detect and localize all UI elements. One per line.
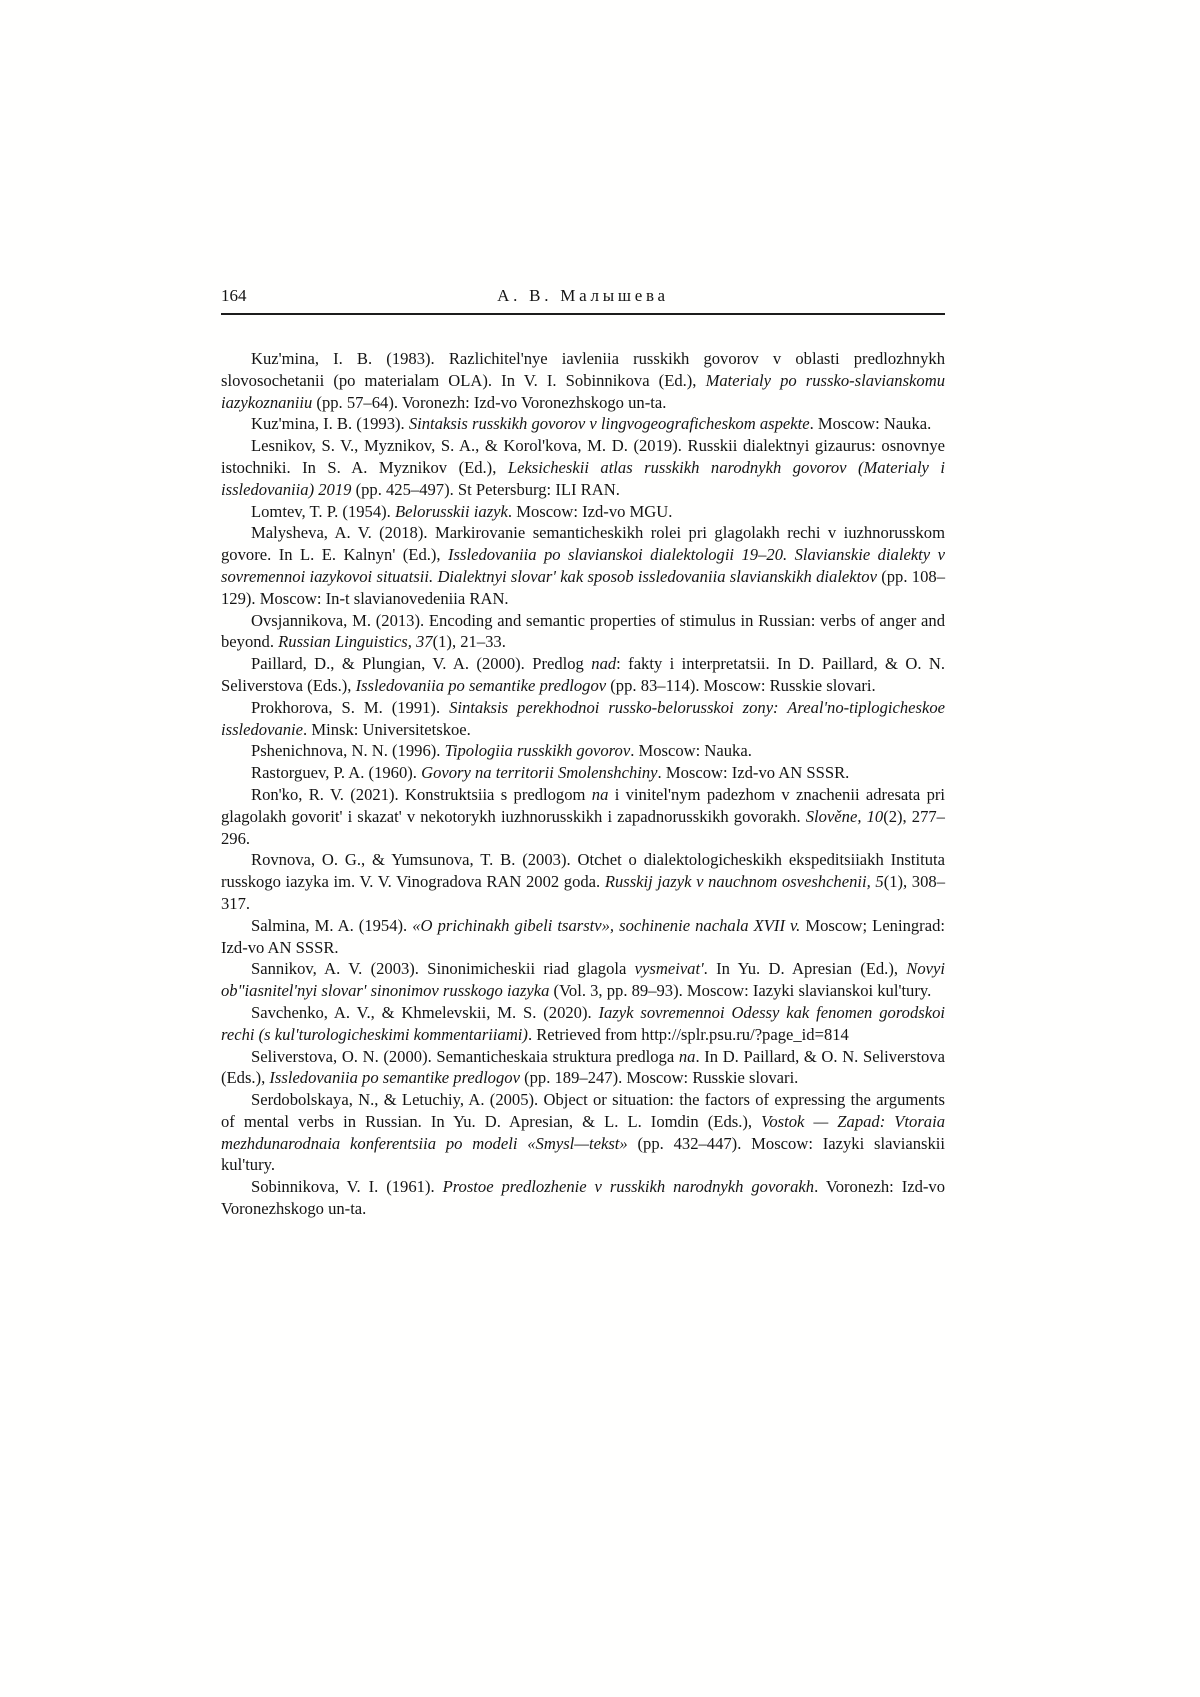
reference-entry: Rastorguev, P. A. (1960). Govory na terr… xyxy=(221,762,945,784)
reference-text-segment: Lomtev, T. P. (1954). xyxy=(251,502,395,521)
reference-entry: Savchenko, A. V., & Khmelevskii, M. S. (… xyxy=(221,1002,945,1046)
reference-text-segment: Paillard, D., & Plungian, V. A. (2000). … xyxy=(251,654,591,673)
reference-entry: Rovnova, O. G., & Yumsunova, T. B. (2003… xyxy=(221,849,945,914)
reference-italic-segment: Issledovaniia po semantike predlogov xyxy=(269,1068,520,1087)
reference-entry: Salmina, M. A. (1954). «O prichinakh gib… xyxy=(221,915,945,959)
reference-entry: Sannikov, A. V. (2003). Sinonimicheskii … xyxy=(221,958,945,1002)
reference-italic-segment: Issledovaniia po semantike predlogov xyxy=(356,676,607,695)
reference-text-segment: . Retrieved from http://splr.psu.ru/?pag… xyxy=(528,1025,849,1044)
reference-text-segment: (pp. 57–64). Voronezh: Izd-vo Voronezhsk… xyxy=(312,393,666,412)
reference-entry: Paillard, D., & Plungian, V. A. (2000). … xyxy=(221,653,945,697)
reference-text-segment: (1), 21–33. xyxy=(433,632,506,651)
reference-text-segment: . Minsk: Universitetskoe. xyxy=(303,720,471,739)
reference-entry: Ovsjannikova, M. (2013). Encoding and se… xyxy=(221,610,945,654)
paper-page: 164 А. В. Малышева Kuz'mina, I. B. (1983… xyxy=(0,0,1200,1697)
reference-entry: Kuz'mina, I. B. (1983). Razlichitel'nye … xyxy=(221,348,945,413)
page-number: 164 xyxy=(221,286,247,306)
page-content: 164 А. В. Малышева Kuz'mina, I. B. (1983… xyxy=(221,286,945,1220)
reference-italic-segment: Sintaksis russkikh govorov v lingvogeogr… xyxy=(409,414,810,433)
reference-text-segment: (pp. 189–247). Moscow: Russkie slovari. xyxy=(520,1068,798,1087)
reference-text-segment: Prokhorova, S. M. (1991). xyxy=(251,698,449,717)
reference-italic-segment: vysmeivat' xyxy=(635,959,704,978)
reference-text-segment: . Moscow: Nauka. xyxy=(630,741,752,760)
reference-italic-segment: na xyxy=(592,785,609,804)
reference-entry: Ron'ko, R. V. (2021). Konstruktsiia s pr… xyxy=(221,784,945,849)
reference-italic-segment: Tipologiia russkikh govorov xyxy=(445,741,631,760)
reference-entry: Kuz'mina, I. B. (1993). Sintaksis russki… xyxy=(221,413,945,435)
reference-text-segment: Kuz'mina, I. B. (1993). xyxy=(251,414,409,433)
references-list: Kuz'mina, I. B. (1983). Razlichitel'nye … xyxy=(221,348,945,1220)
running-title: А. В. Малышева xyxy=(221,286,945,306)
reference-text-segment: (Vol. 3, pp. 89–93). Moscow: Iazyki slav… xyxy=(549,981,931,1000)
reference-text-segment: (pp. 83–114). Moscow: Russkie slovari. xyxy=(606,676,875,695)
reference-text-segment: . Moscow: Nauka. xyxy=(810,414,932,433)
reference-italic-segment: na xyxy=(679,1047,696,1066)
reference-italic-segment: Russkij jazyk v nauchnom osveshchenii, 5 xyxy=(605,872,884,891)
reference-italic-segment: Slověne, 10 xyxy=(806,807,883,826)
reference-italic-segment: «O prichinakh gibeli tsarstv», sochineni… xyxy=(412,916,800,935)
reference-text-segment: Ron'ko, R. V. (2021). Konstruktsiia s pr… xyxy=(251,785,592,804)
reference-italic-segment: Prostoe predlozhenie v russkikh narodnyk… xyxy=(443,1177,815,1196)
reference-italic-segment: Belorusskii iazyk xyxy=(395,502,508,521)
reference-entry: Sobinnikova, V. I. (1961). Prostoe predl… xyxy=(221,1176,945,1220)
reference-entry: Prokhorova, S. M. (1991). Sintaksis pere… xyxy=(221,697,945,741)
reference-italic-segment: Russian Linguistics, 37 xyxy=(278,632,432,651)
reference-entry: Malysheva, A. V. (2018). Markirovanie se… xyxy=(221,522,945,609)
reference-text-segment: Sannikov, A. V. (2003). Sinonimicheskii … xyxy=(251,959,635,978)
reference-text-segment: . Moscow: Izd-vo MGU. xyxy=(508,502,673,521)
reference-italic-segment: nad xyxy=(591,654,616,673)
reference-text-segment: . In Yu. D. Apresian (Ed.), xyxy=(704,959,907,978)
reference-text-segment: (pp. 425–497). St Petersburg: ILI RAN. xyxy=(351,480,619,499)
reference-text-segment: Salmina, M. A. (1954). xyxy=(251,916,412,935)
reference-entry: Pshenichnova, N. N. (1996). Tipologiia r… xyxy=(221,740,945,762)
reference-text-segment: . Moscow: Izd-vo AN SSSR. xyxy=(658,763,850,782)
reference-entry: Serdobolskaya, N., & Letuchiy, A. (2005)… xyxy=(221,1089,945,1176)
reference-italic-segment: Govory na territorii Smolenshchiny xyxy=(421,763,657,782)
reference-entry: Lesnikov, S. V., Myznikov, S. A., & Koro… xyxy=(221,435,945,500)
reference-text-segment: Pshenichnova, N. N. (1996). xyxy=(251,741,445,760)
reference-entry: Lomtev, T. P. (1954). Belorusskii iazyk.… xyxy=(221,501,945,523)
reference-text-segment: Seliverstova, O. N. (2000). Semantichesk… xyxy=(251,1047,679,1066)
reference-text-segment: Sobinnikova, V. I. (1961). xyxy=(251,1177,443,1196)
reference-text-segment: Rastorguev, P. A. (1960). xyxy=(251,763,421,782)
reference-entry: Seliverstova, O. N. (2000). Semantichesk… xyxy=(221,1046,945,1090)
page-header: 164 А. В. Малышева xyxy=(221,286,945,315)
reference-text-segment: Savchenko, A. V., & Khmelevskii, M. S. (… xyxy=(251,1003,599,1022)
